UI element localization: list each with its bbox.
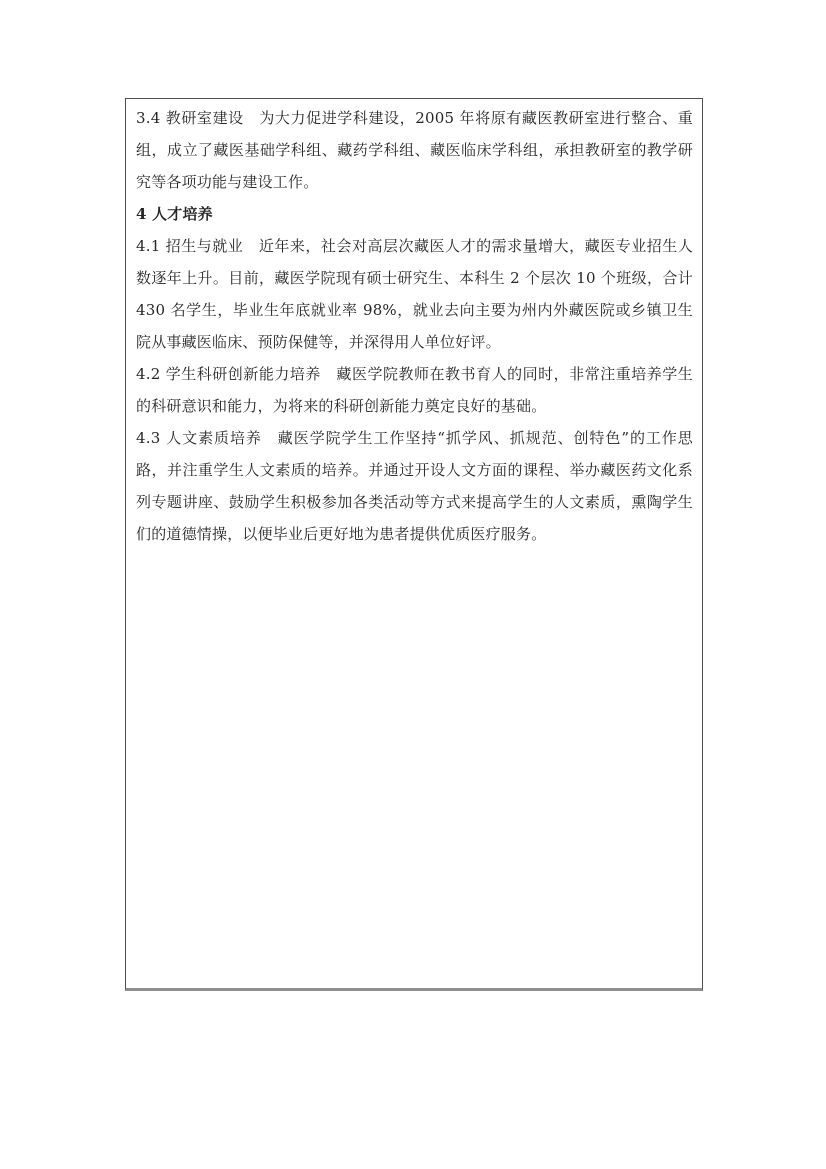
table-cell: 3.4 教研室建设 为大力促进学科建设，2005 年将原有藏医教研室进行整合、重…	[125, 98, 703, 991]
paragraph-3-4-teaching-office: 3.4 教研室建设 为大力促进学科建设，2005 年将原有藏医教研室进行整合、重…	[136, 102, 693, 198]
document-page: 3.4 教研室建设 为大力促进学科建设，2005 年将原有藏医教研室进行整合、重…	[0, 0, 826, 1169]
paragraph-4-2-research-innovation: 4.2 学生科研创新能力培养 藏医学院教师在教书育人的同时，非常注重培养学生的科…	[136, 358, 693, 422]
heading-4-talent-cultivation: 4 人才培养	[136, 198, 693, 230]
paragraph-4-3-humanistic-quality: 4.3 人文素质培养 藏医学院学生工作坚持“抓学风、抓规范、创特色”的工作思路，…	[136, 422, 693, 550]
paragraph-4-1-enrollment-employment: 4.1 招生与就业 近年来，社会对高层次藏医人才的需求量增大，藏医专业招生人数逐…	[136, 230, 693, 358]
